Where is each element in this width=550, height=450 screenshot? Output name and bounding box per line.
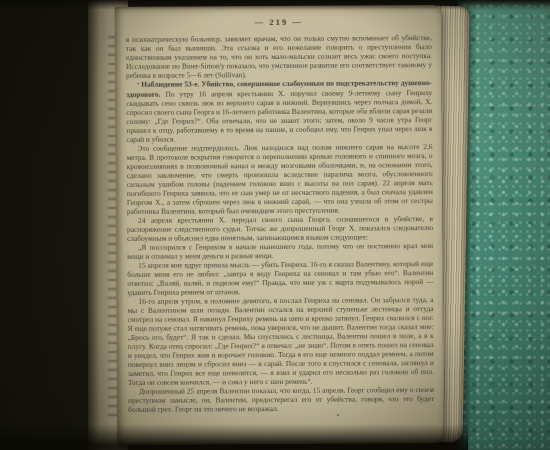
paragraph-handover: 24 апреля крестьянин X. передал своего с…	[127, 214, 433, 243]
paragraph-plan: 15 апреля мне вдруг пришла мысль — убить…	[127, 259, 433, 297]
paragraph-confirmation: Это сообщение подтвердилось. Люк находил…	[127, 142, 433, 216]
page-number: — 219 —	[126, 17, 432, 28]
paragraph-observation: • Наблюдение 53-е. Убийство, совершенное…	[126, 78, 432, 144]
paragraph-quarrel: „Я поссорился с Генрихом в начале нынешн…	[127, 241, 433, 261]
observation-body: По утру 16 апреля крестьянин X. поручил …	[126, 88, 432, 144]
observation-marker: •	[137, 82, 139, 88]
paragraph-murder: 16-го апреля утром, в половине девятого,…	[127, 295, 434, 387]
paragraph-intro-text: в психиатрическую больницу, заявляет вра…	[126, 33, 432, 80]
right-page: — 219 — в психиатрическую больницу, заяв…	[115, 5, 444, 445]
paragraph-intro: в психиатрическую больницу, заявляет вра…	[126, 33, 432, 80]
page-text-block: — 219 — в психиатрическую больницу, заяв…	[126, 17, 435, 435]
book-cover	[458, 0, 550, 450]
book-photo: — 219 — в психиатрическую больницу, заяв…	[0, 0, 550, 450]
paragraph-valentin: Допрошенный 25 апреля Валентин показал, …	[128, 385, 434, 414]
paper-speck	[337, 414, 339, 416]
